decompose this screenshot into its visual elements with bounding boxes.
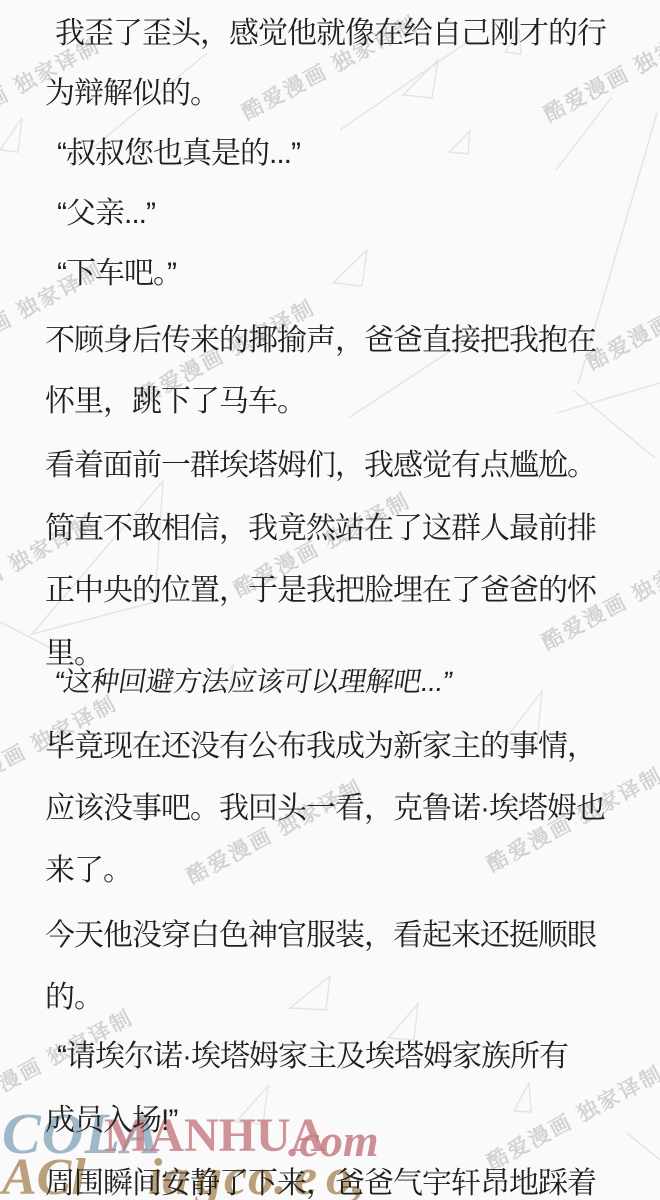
novel-text-line: “父亲...”: [57, 188, 155, 232]
novel-text-line-italic: “这种回避方法应该可以理解吧...”: [52, 660, 455, 700]
novel-text-line: 成员入场!”: [45, 1095, 177, 1139]
novel-text-line: 不顾身后传来的揶揄声，爸爸直接把我抱在: [45, 315, 596, 359]
novel-text-line: 的。: [45, 972, 103, 1016]
novel-text-line: 周围瞬间安静了下来，爸爸气宇轩昂地踩着: [45, 1158, 596, 1200]
novel-text-line: “叔叔您也真是的...”: [57, 128, 300, 172]
novel-text-line: 怀里，跳下了马车。: [45, 376, 306, 420]
novel-text-line: 简直不敢相信，我竟然站在了这群人最前排: [45, 503, 596, 547]
novel-text-line: 今天他没穿白色神官服装，看起来还挺顺眼: [45, 910, 596, 954]
novel-reader-page: 酷爱漫画 独家译制 酷爱漫画 独家译制 酷爱漫画 独家译制 酷爱漫画 独家译制 …: [0, 0, 660, 1200]
novel-text-line: 为辩解似的。: [45, 68, 219, 112]
novel-text-line: 正中央的位置，于是我把脸埋在了爸爸的怀: [45, 565, 596, 609]
novel-text-line: 我歪了歪头，感觉他就像在给自己刚才的行: [55, 8, 606, 52]
novel-text-line: 来了。: [45, 845, 132, 889]
novel-text-line: 毕竟现在还没有公布我成为新家主的事情，: [45, 721, 596, 765]
novel-text-line: 看着面前一群埃塔姆们，我感觉有点尴尬。: [45, 440, 596, 484]
novel-text-line: 应该没事吧。我回头一看，克鲁诺·埃塔姆也: [45, 783, 605, 827]
novel-text-line: “请埃尔诺·埃塔姆家主及埃塔姆家族所有: [57, 1031, 568, 1075]
novel-text-line: “下车吧。”: [57, 248, 176, 292]
